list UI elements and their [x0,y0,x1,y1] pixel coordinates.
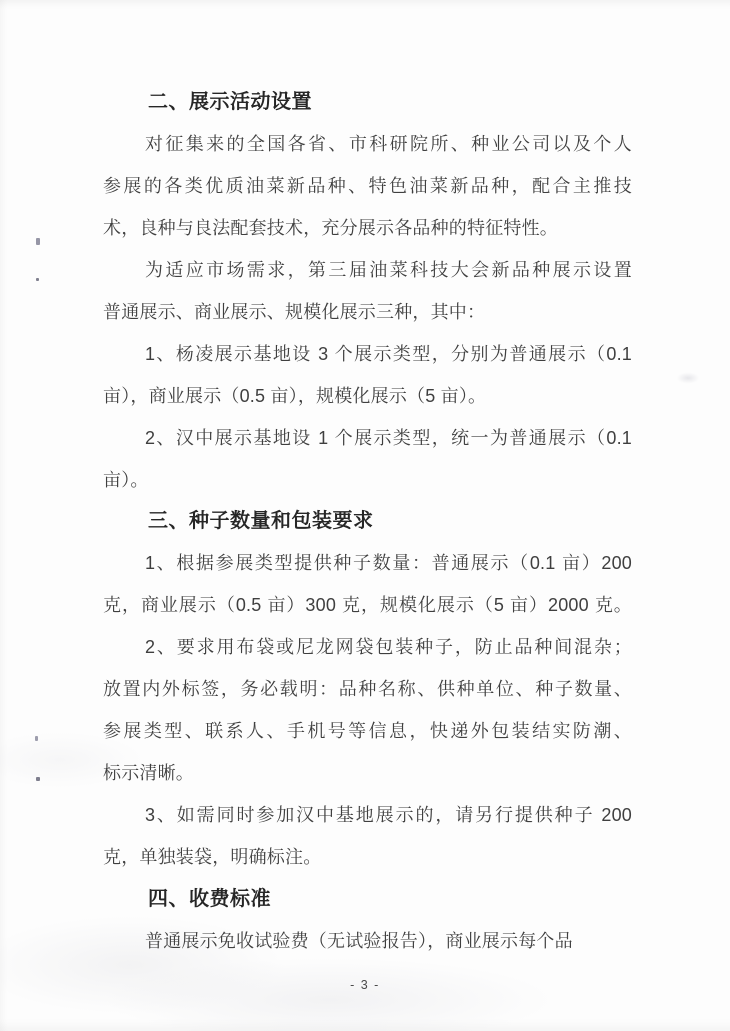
document-body: 二、展示活动设置 对征集来的全国各省、市科研院所、种业公司以及个人 参展的各类优… [103,0,632,1031]
scan-speck [36,238,40,245]
page-number: - 3 - [0,978,730,992]
doc-line: 对征集来的全国各省、市科研院所、种业公司以及个人 [103,123,632,165]
doc-line: 克，单独装袋，明确标注。 [103,836,632,878]
doc-line: 参展的各类优质油菜新品种、特色油菜新品种，配合主推技 [103,165,632,207]
doc-line: 参展类型、联系人、手机号等信息，快递外包装结实防潮、 [103,710,632,752]
doc-line: 普通展示免收试验费（无试验报告），商业展示每个品 [103,920,632,962]
doc-line: 为适应市场需求，第三届油菜科技大会新品种展示设置 [103,249,632,291]
doc-line: 亩）。 [103,459,632,501]
doc-line: 1、根据参展类型提供种子数量：普通展示（0.1 亩）200 [103,542,632,584]
scan-speck [35,736,38,741]
doc-line: 2、汉中展示基地设 1 个展示类型，统一为普通展示（0.1 [103,417,632,459]
doc-line: 放置内外标签，务必载明：品种名称、供种单位、种子数量、 [103,668,632,710]
doc-line: 亩），商业展示（0.5 亩），规模化展示（5 亩）。 [103,375,632,417]
doc-line: 标示清晰。 [103,752,632,794]
section-heading-2: 二、展示活动设置 [103,81,632,123]
scan-speck [36,278,39,281]
section-heading-4: 四、收费标准 [103,878,632,920]
doc-line: 2、要求用布袋或尼龙网袋包装种子，防止品种间混杂； [103,626,632,668]
doc-line: 普通展示、商业展示、规模化展示三种，其中： [103,291,632,333]
doc-line: 1、杨凌展示基地设 3 个展示类型，分别为普通展示（0.1 [103,333,632,375]
doc-line: 克，商业展示（0.5 亩）300 克，规模化展示（5 亩）2000 克。 [103,584,632,626]
section-heading-3: 三、种子数量和包装要求 [103,500,632,542]
doc-line: 3、如需同时参加汉中基地展示的，请另行提供种子 200 [103,794,632,836]
scan-speck [36,777,40,781]
doc-line: 术，良种与良法配套技术，充分展示各品种的特征特性。 [103,207,632,249]
scanned-document-page: 二、展示活动设置 对征集来的全国各省、市科研院所、种业公司以及个人 参展的各类优… [0,0,730,1031]
